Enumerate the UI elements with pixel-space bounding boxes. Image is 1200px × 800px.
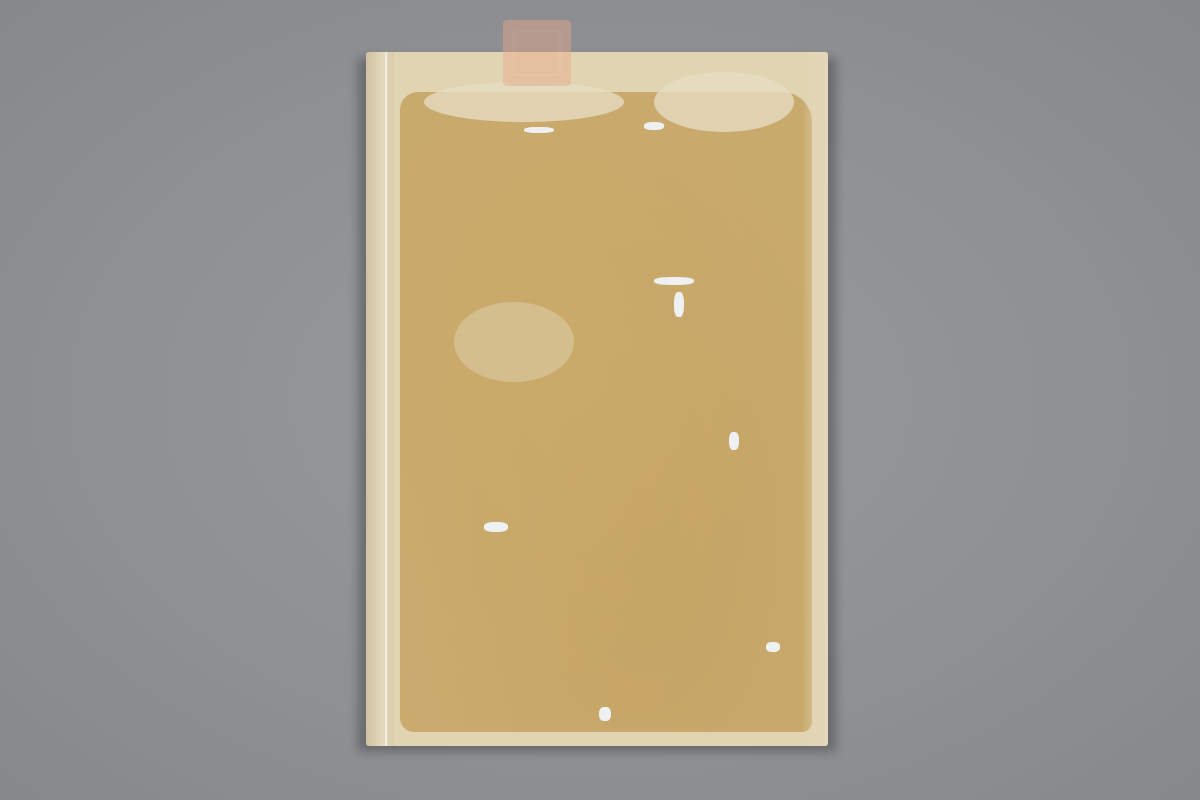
pale-patch [424, 82, 624, 122]
cover-right-edge [802, 52, 828, 746]
tear-mark [484, 522, 508, 532]
tear-mark [766, 642, 780, 652]
seal-border [513, 30, 561, 76]
tear-mark [644, 122, 664, 130]
tear-mark [654, 277, 694, 285]
tear-mark [524, 127, 554, 133]
cover-stain [400, 92, 812, 732]
book-cover [366, 52, 828, 746]
pale-patch [454, 302, 574, 382]
watermark-seal [503, 20, 571, 86]
cover-paper [394, 52, 828, 746]
tear-mark [674, 292, 684, 317]
book-spine [366, 52, 394, 746]
tear-mark [599, 707, 611, 721]
pale-patch [654, 72, 794, 132]
tear-mark [729, 432, 739, 450]
binding-thread [385, 52, 387, 746]
